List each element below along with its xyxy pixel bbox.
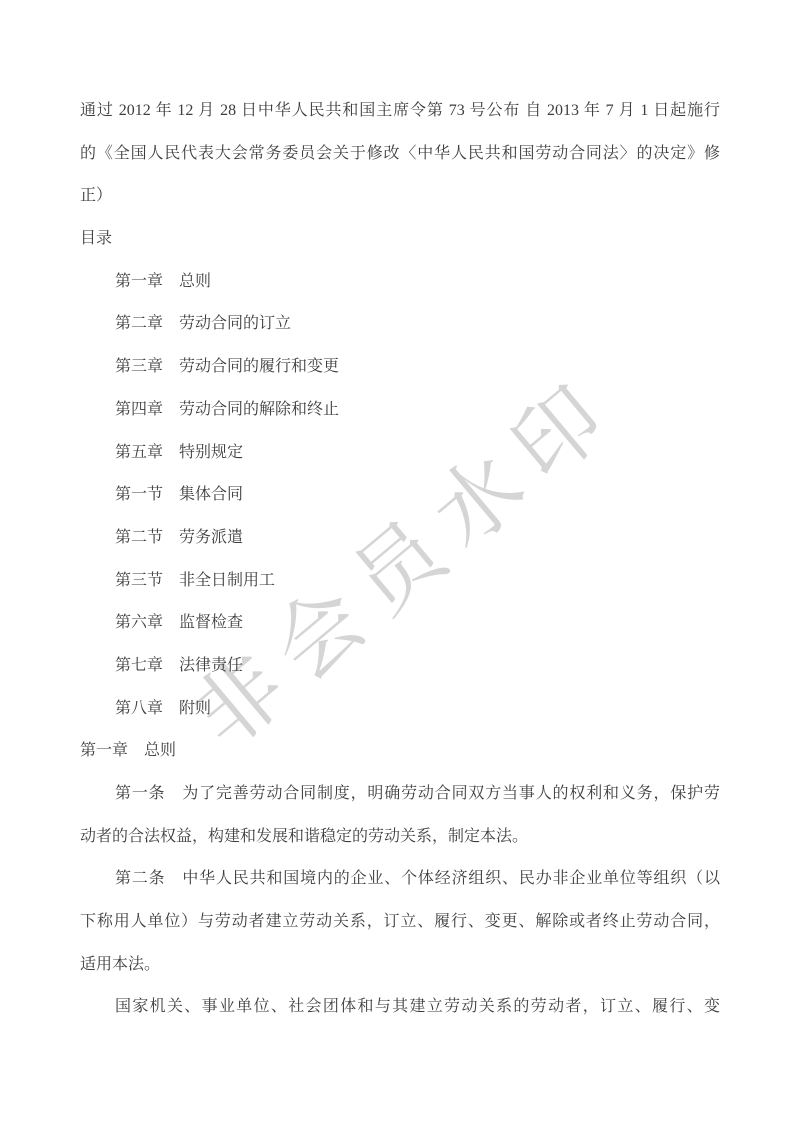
text-line: 适用本法。 [80,944,720,987]
text-line: 正） [80,175,720,218]
text-line: 第四章 劳动合同的解除和终止 [80,389,720,432]
text-line: 的《全国人民代表大会常务委员会关于修改〈中华人民共和国劳动合同法〉的决定》修 [80,133,720,176]
document-page: 非会员水印 通过 2012 年 12 月 28 日中华人民共和国主席令第 73 … [0,0,800,1131]
text-line: 第一章 总则 [80,261,720,304]
text-line: 第一章 总则 [80,730,720,773]
text-line: 第三节 非全日制用工 [80,560,720,603]
text-line: 国家机关、事业单位、社会团体和与其建立劳动关系的劳动者，订立、履行、变 [80,986,720,1029]
text-line: 通过 2012 年 12 月 28 日中华人民共和国主席令第 73 号公布 自 … [80,90,720,133]
text-line: 第八章 附则 [80,688,720,731]
document-body: 通过 2012 年 12 月 28 日中华人民共和国主席令第 73 号公布 自 … [80,90,720,1029]
text-line: 第二节 劳务派遣 [80,517,720,560]
text-line: 第二章 劳动合同的订立 [80,303,720,346]
text-line: 目录 [80,218,720,261]
text-line: 第二条 中华人民共和国境内的企业、个体经济组织、民办非企业单位等组织（以 [80,858,720,901]
text-line: 第六章 监督检查 [80,602,720,645]
text-line: 第一条 为了完善劳动合同制度，明确劳动合同双方当事人的权利和义务，保护劳 [80,773,720,816]
text-line: 第七章 法律责任 [80,645,720,688]
text-line: 下称用人单位）与劳动者建立劳动关系，订立、履行、变更、解除或者终止劳动合同， [80,901,720,944]
text-line: 第五章 特别规定 [80,432,720,475]
text-line: 第一节 集体合同 [80,474,720,517]
text-line: 动者的合法权益，构建和发展和谐稳定的劳动关系，制定本法。 [80,816,720,859]
text-line: 第三章 劳动合同的履行和变更 [80,346,720,389]
